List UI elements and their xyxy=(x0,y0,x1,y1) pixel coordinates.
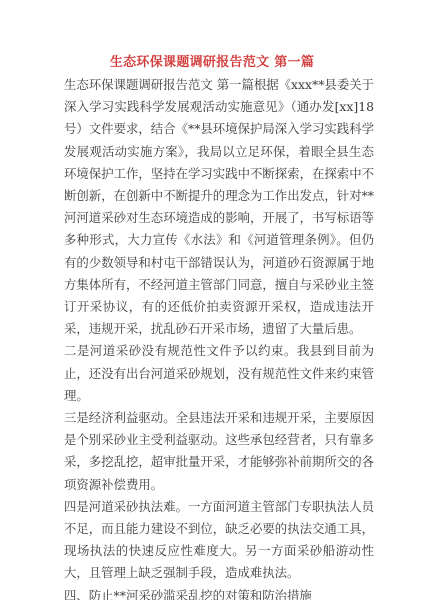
paragraph-point-four: 四是河道采砂执法难。一方面河道主管部门专职执法人员不足，而且能力建设不到位，缺乏… xyxy=(64,496,374,585)
document-title: 生态环保课题调研报告范文 第一篇 xyxy=(0,51,424,70)
document-body: 生态环保课题调研报告范文 第一篇根据《xxx**县委关于深入学习实践科学发展观活… xyxy=(64,74,374,600)
paragraph-intro: 生态环保课题调研报告范文 第一篇根据《xxx**县委关于深入学习实践科学发展观活… xyxy=(64,74,374,340)
section-heading-four: 四、防止**河采砂滥采乱挖的对策和防治措施 xyxy=(64,585,374,600)
paragraph-point-three: 三是经济利益驱动。全县违法开采和违规开采，主要原因是个别采砂业主受利益驱动。这些… xyxy=(64,407,374,496)
document-page: 生态环保课题调研报告范文 第一篇 生态环保课题调研报告范文 第一篇根据《xxx*… xyxy=(0,0,424,600)
paragraph-point-two: 二是河道采砂没有规范性文件予以约束。我县到目前为止，还没有出台河道采砂规划，没有… xyxy=(64,340,374,407)
